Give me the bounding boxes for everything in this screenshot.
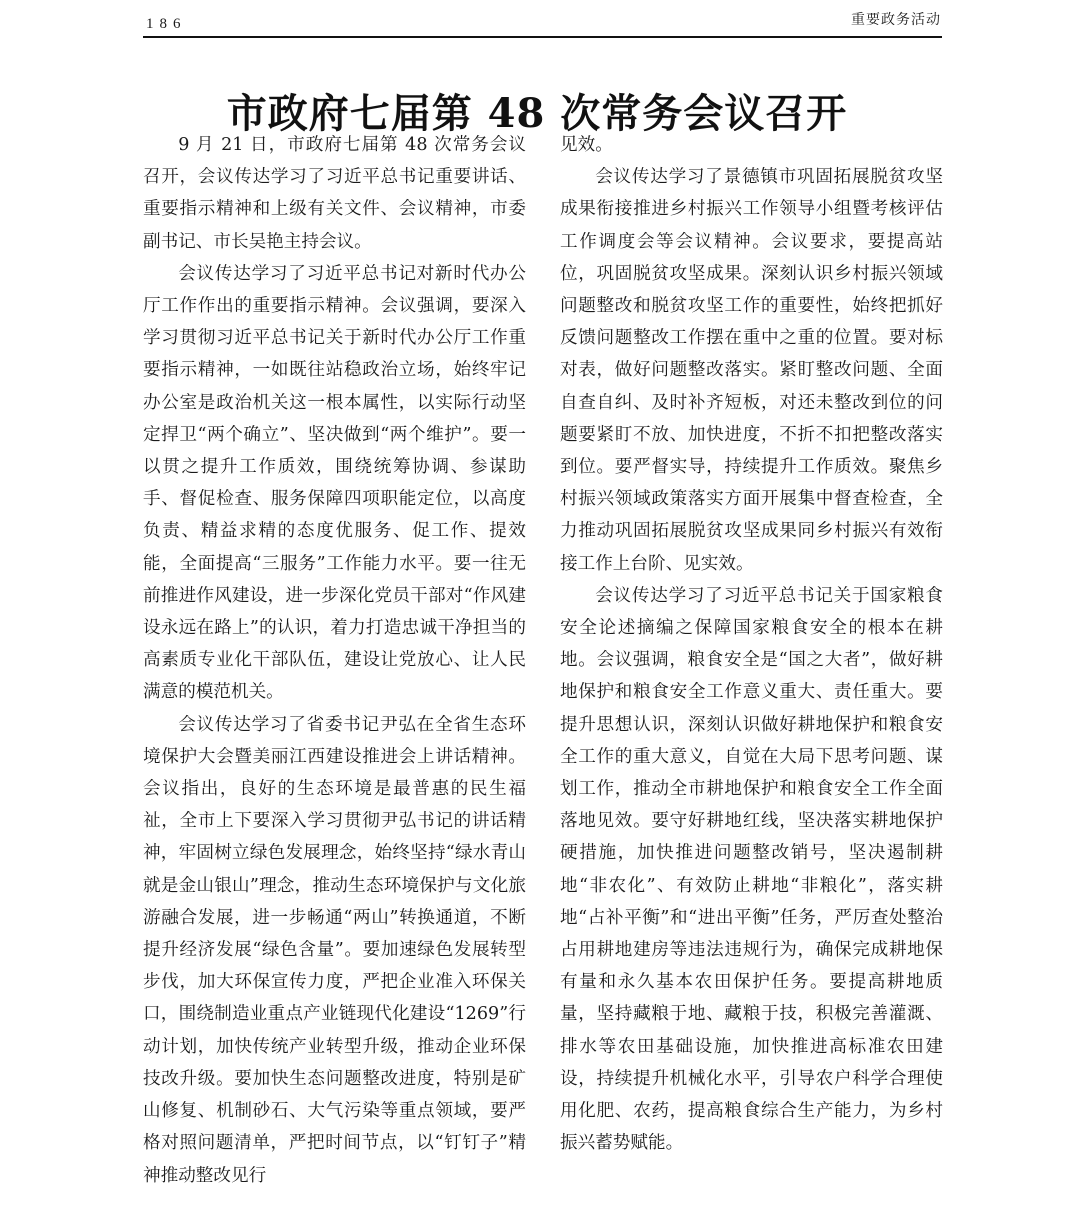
paragraph: 会议传达学习了习近平总书记关于国家粮食安全论述摘编之保障国家粮食安全的根本在耕地… [560, 580, 943, 1160]
paragraph: 会议传达学习了景德镇市巩固拓展脱贫攻坚成果衔接推进乡村振兴工作领导小组暨考核评估… [560, 161, 943, 580]
section-label: 重要政务活动 [851, 9, 941, 29]
paragraph: 会议传达学习了习近平总书记对新时代办公厅工作作出的重要指示精神。会议强调，要深入… [143, 258, 526, 709]
paragraph: 会议传达学习了省委书记尹弘在全省生态环境保护大会暨美丽江西建设推进会上讲话精神。… [143, 709, 526, 1192]
page-number: 186 [146, 16, 187, 33]
paragraph-continuation: 见效。 [560, 129, 943, 161]
left-column: 9 月 21 日，市政府七届第 48 次常务会议召开，会议传达学习了习近平总书记… [143, 129, 526, 1192]
right-column: 见效。 会议传达学习了景德镇市巩固拓展脱贫攻坚成果衔接推进乡村振兴工作领导小组暨… [560, 129, 943, 1160]
header-divider [143, 36, 942, 38]
paragraph: 9 月 21 日，市政府七届第 48 次常务会议召开，会议传达学习了习近平总书记… [143, 129, 526, 258]
